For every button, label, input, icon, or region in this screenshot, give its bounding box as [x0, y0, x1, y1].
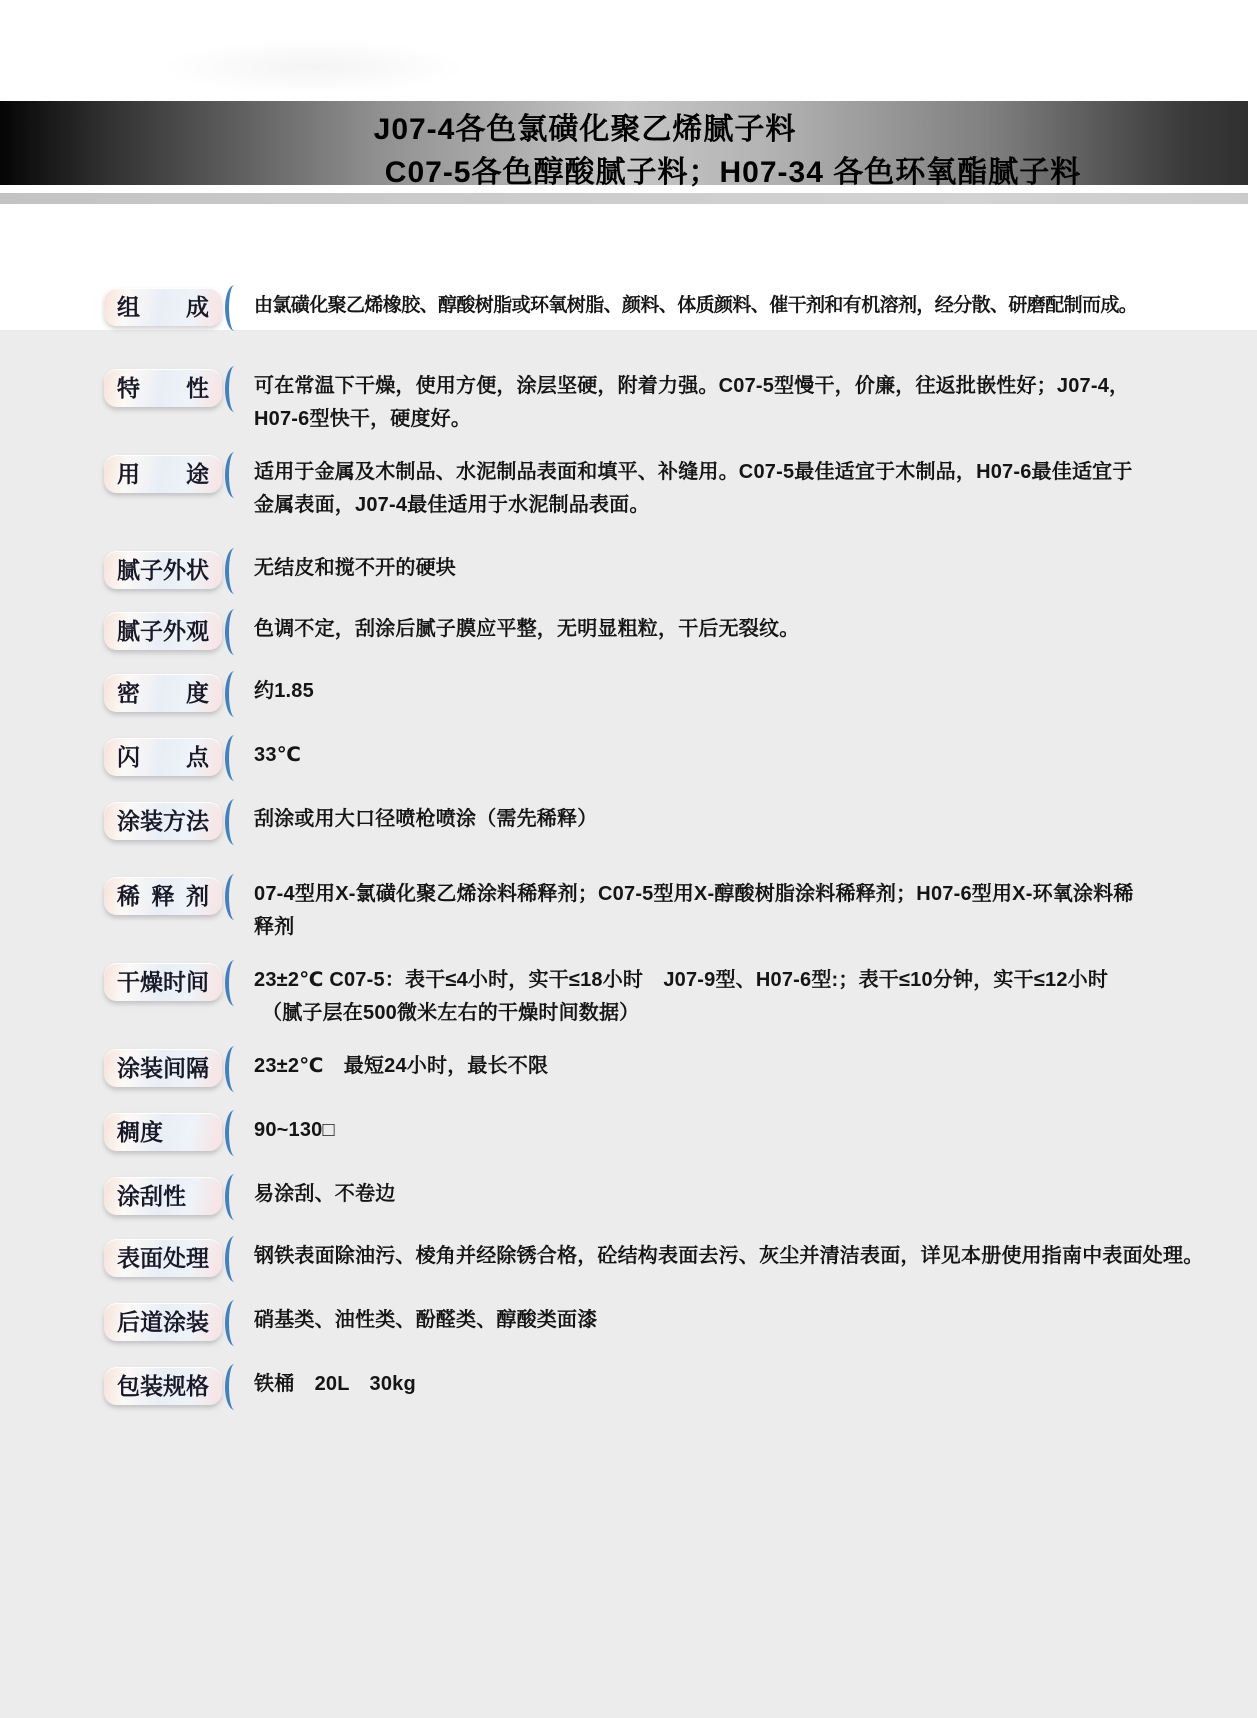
row-label-box: 后道涂装 [104, 1303, 222, 1341]
row-label-box: 稠度 [104, 1113, 222, 1151]
row-content-line: 铁桶 20L 30kg [254, 1368, 1179, 1401]
row-label-box: 密度 [104, 674, 222, 712]
row-label-box: 表面处理 [104, 1239, 222, 1277]
row-content-line: 硝基类、油性类、酚醛类、醇酸类面漆 [254, 1304, 1179, 1337]
spec-row: 稠度 90~130□ [104, 1113, 1179, 1156]
row-label: 闪点 [117, 746, 209, 769]
row-label-box: 涂装间隔 [104, 1049, 222, 1087]
row-label: 用途 [117, 463, 209, 486]
row-content-line: 由氯磺化聚乙烯橡胶、醇酸树脂或环氧树脂、颜料、体质颜料、催干剂和有机溶剂，经分散… [254, 289, 1179, 322]
row-content: 约1.85 [254, 675, 1179, 708]
row-content-line: 可在常温下干燥，使用方便，涂层坚硬，附着力强。C07-5型慢干，价廉，往返批嵌性… [254, 370, 1179, 403]
open-bracket-icon [225, 874, 244, 920]
spec-row: 腻子外状 无结皮和搅不开的硬块 [104, 551, 1179, 594]
spec-row: 组成 由氯磺化聚乙烯橡胶、醇酸树脂或环氧树脂、颜料、体质颜料、催干剂和有机溶剂，… [104, 288, 1179, 331]
row-content: 适用于金属及木制品、水泥制品表面和填平、补缝用。C07-5最佳适宜于木制品，H0… [254, 456, 1179, 522]
row-label: 涂刮性 [117, 1185, 209, 1208]
row-content-line: 23±2℃ C07-5：表干≤4小时，实干≤18小时 J07-9型、H07-6型… [254, 964, 1179, 997]
open-bracket-icon [225, 609, 244, 655]
row-label: 稀释剂 [117, 885, 209, 908]
row-label: 腻子外观 [117, 620, 209, 643]
row-label: 干燥时间 [117, 971, 209, 994]
spec-row: 用途 适用于金属及木制品、水泥制品表面和填平、补缝用。C07-5最佳适宜于木制品… [104, 455, 1179, 522]
row-content: 刮涂或用大口径喷枪喷涂（需先稀释） [254, 803, 1179, 836]
row-label: 组成 [117, 296, 209, 319]
open-bracket-icon [225, 285, 244, 331]
row-content-line: 易涂刮、不卷边 [254, 1178, 1179, 1211]
row-content: 23±2℃ C07-5：表干≤4小时，实干≤18小时 J07-9型、H07-6型… [254, 964, 1179, 1030]
open-bracket-icon [225, 735, 244, 781]
row-content-line: 90~130□ [254, 1114, 1179, 1147]
open-bracket-icon [225, 1110, 244, 1156]
open-bracket-icon [225, 452, 244, 498]
row-content: 易涂刮、不卷边 [254, 1178, 1179, 1211]
spec-row: 闪点 33℃ [104, 738, 1179, 781]
row-content: 色调不定，刮涂后腻子膜应平整，无明显粗粒，干后无裂纹。 [254, 613, 1179, 646]
product-spec-page: J07-4各色氯磺化聚乙烯腻子料 C07-5各色醇酸腻子料；H07-34 各色环… [0, 0, 1257, 1718]
row-label-box: 特性 [104, 369, 222, 407]
row-label: 表面处理 [117, 1247, 209, 1270]
row-content-line: （腻子层在500微米左右的干燥时间数据） [254, 997, 1179, 1030]
row-label: 密度 [117, 682, 209, 705]
open-bracket-icon [225, 1300, 244, 1346]
spec-row: 涂刮性 易涂刮、不卷边 [104, 1177, 1179, 1220]
row-content-line: H07-6型快干，硬度好。 [254, 403, 1179, 436]
spec-row: 涂装方法 刮涂或用大口径喷枪喷涂（需先稀释） [104, 802, 1179, 845]
divider-strip [0, 193, 1248, 204]
open-bracket-icon [225, 1046, 244, 1092]
spec-row: 后道涂装 硝基类、油性类、酚醛类、醇酸类面漆 [104, 1303, 1179, 1346]
open-bracket-icon [225, 1174, 244, 1220]
row-label-box: 闪点 [104, 738, 222, 776]
row-content-line: 钢铁表面除油污、棱角并经除锈合格，砼结构表面去污、灰尘并清洁表面，详见本册使用指… [254, 1240, 1179, 1273]
open-bracket-icon [225, 960, 244, 1006]
row-content: 23±2℃ 最短24小时，最长不限 [254, 1050, 1179, 1083]
spec-row: 密度 约1.85 [104, 674, 1179, 717]
row-content-line: 适用于金属及木制品、水泥制品表面和填平、补缝用。C07-5最佳适宜于木制品，H0… [254, 456, 1179, 489]
row-content-line: 33℃ [254, 739, 1179, 772]
open-bracket-icon [225, 671, 244, 717]
row-content: 无结皮和搅不开的硬块 [254, 552, 1179, 585]
row-label: 包装规格 [117, 1375, 209, 1398]
spec-row: 稀释剂 07-4型用X-氯磺化聚乙烯涂料稀释剂；C07-5型用X-醇酸树脂涂料稀… [104, 877, 1179, 944]
title-banner: J07-4各色氯磺化聚乙烯腻子料 C07-5各色醇酸腻子料；H07-34 各色环… [0, 101, 1248, 185]
spec-row: 包装规格 铁桶 20L 30kg [104, 1367, 1179, 1410]
row-label-box: 涂刮性 [104, 1177, 222, 1215]
row-label: 涂装间隔 [117, 1057, 209, 1080]
row-content: 07-4型用X-氯磺化聚乙烯涂料稀释剂；C07-5型用X-醇酸树脂涂料稀释剂；H… [254, 878, 1179, 944]
row-content: 由氯磺化聚乙烯橡胶、醇酸树脂或环氧树脂、颜料、体质颜料、催干剂和有机溶剂，经分散… [254, 289, 1179, 322]
row-content-line: 刮涂或用大口径喷枪喷涂（需先稀释） [254, 803, 1179, 836]
row-label-box: 干燥时间 [104, 963, 222, 1001]
row-label: 涂装方法 [117, 810, 209, 833]
row-label: 稠度 [117, 1121, 209, 1144]
row-label-box: 稀释剂 [104, 877, 222, 915]
spec-row: 腻子外观 色调不定，刮涂后腻子膜应平整，无明显粗粒，干后无裂纹。 [104, 612, 1179, 655]
row-content-line: 金属表面，J07-4最佳适用于水泥制品表面。 [254, 489, 1179, 522]
row-label: 腻子外状 [117, 559, 209, 582]
page-title-line2: C07-5各色醇酸腻子料；H07-34 各色环氧酯腻子料 [385, 147, 1081, 191]
row-label-box: 包装规格 [104, 1367, 222, 1405]
row-content-line: 释剂 [254, 911, 1179, 944]
row-label-box: 腻子外状 [104, 551, 222, 589]
row-label-box: 涂装方法 [104, 802, 222, 840]
row-label-box: 组成 [104, 288, 222, 326]
row-content: 90~130□ [254, 1114, 1179, 1147]
row-label-box: 用途 [104, 455, 222, 493]
page-title-line1: J07-4各色氯磺化聚乙烯腻子料 [374, 104, 797, 148]
row-content: 可在常温下干燥，使用方便，涂层坚硬，附着力强。C07-5型慢干，价廉，往返批嵌性… [254, 370, 1179, 436]
row-content-line: 23±2℃ 最短24小时，最长不限 [254, 1050, 1179, 1083]
open-bracket-icon [225, 799, 244, 845]
open-bracket-icon [225, 1236, 244, 1282]
row-label-box: 腻子外观 [104, 612, 222, 650]
row-content: 钢铁表面除油污、棱角并经除锈合格，砼结构表面去污、灰尘并清洁表面，详见本册使用指… [254, 1240, 1179, 1273]
row-content: 33℃ [254, 739, 1179, 772]
scan-artifact [158, 38, 468, 96]
spec-row: 表面处理 钢铁表面除油污、棱角并经除锈合格，砼结构表面去污、灰尘并清洁表面，详见… [104, 1239, 1179, 1282]
row-content-line: 07-4型用X-氯磺化聚乙烯涂料稀释剂；C07-5型用X-醇酸树脂涂料稀释剂；H… [254, 878, 1179, 911]
spec-row: 干燥时间 23±2℃ C07-5：表干≤4小时，实干≤18小时 J07-9型、H… [104, 963, 1179, 1030]
open-bracket-icon [225, 548, 244, 594]
spec-row: 涂装间隔 23±2℃ 最短24小时，最长不限 [104, 1049, 1179, 1092]
row-label: 后道涂装 [117, 1311, 209, 1334]
row-content-line: 约1.85 [254, 675, 1179, 708]
open-bracket-icon [225, 366, 244, 412]
row-content-line: 无结皮和搅不开的硬块 [254, 552, 1179, 585]
row-label: 特性 [117, 377, 209, 400]
row-content: 铁桶 20L 30kg [254, 1368, 1179, 1401]
open-bracket-icon [225, 1364, 244, 1410]
spec-row: 特性 可在常温下干燥，使用方便，涂层坚硬，附着力强。C07-5型慢干，价廉，往返… [104, 369, 1179, 436]
row-content: 硝基类、油性类、酚醛类、醇酸类面漆 [254, 1304, 1179, 1337]
row-content-line: 色调不定，刮涂后腻子膜应平整，无明显粗粒，干后无裂纹。 [254, 613, 1179, 646]
